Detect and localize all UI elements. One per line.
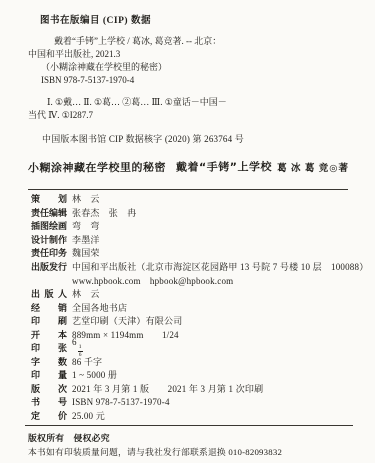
colophon-list: 策划林 云 责任编辑张春杰 张 冉 插图绘画弯 弯 设计制作李墨洋 责任印务魏国… (31, 192, 365, 422)
credit-row-sheets: 印张 616 (31, 341, 365, 355)
credit-row-planner: 策划林 云 (31, 192, 365, 206)
credit-row-distribution: 经销全国各地书店 (31, 300, 365, 314)
credit-row-print-supervisor: 责任印务魏国荣 (31, 246, 365, 260)
cip-entry-line: 戴着“手铐”上学校 / 葛冰, 葛竞著. -- 北京： (28, 35, 338, 48)
cip-entry-block: 戴着“手铐”上学校 / 葛冰, 葛竞著. -- 北京： 中国和平出版社, 202… (28, 35, 338, 87)
book-copyright-page: { "cip": { "header": "图书在版编目 (CIP) 数据", … (0, 0, 375, 463)
credit-row-designer: 设计制作李墨洋 (31, 233, 365, 247)
book-title: 戴着“手铐”上学校 (176, 160, 272, 174)
credit-row-printrun: 印量1 ~ 5000 册 (31, 368, 365, 382)
cip-classification-block: Ⅰ. ①戴… Ⅱ. ①葛… ②葛… Ⅲ. ①童话－中国－ 当代 Ⅳ. ①I287… (28, 96, 338, 122)
quality-notice: 本书如有印装质量问题，请与我社发行部联系退换 010-82093832 (28, 445, 282, 458)
credit-row-publisher-person: 出版人林 云 (31, 287, 365, 301)
credit-row-wordcount: 字数86 千字 (31, 355, 365, 369)
cip-header: 图书在版编目 (CIP) 数据 (40, 12, 151, 26)
credit-row-printer: 印刷艺堂印刷（天津）有限公司 (31, 314, 365, 328)
cip-class-line: 当代 Ⅳ. ①I287.7 (28, 109, 338, 122)
credit-row-publisher-address: 出版发行中国和平出版社（北京市海淀区花园路甲 13 号院 7 号楼 10 层 1… (31, 260, 365, 274)
cip-series-line: （小糊涂神藏在学校里的秘密） (28, 61, 338, 74)
credit-row-price: 定价25.00 元 (31, 409, 365, 423)
cip-class-line: Ⅰ. ①戴… Ⅱ. ①葛… ②葛… Ⅲ. ①童话－中国－ (28, 96, 338, 109)
credit-row-editor: 责任编辑张春杰 张 冉 (31, 206, 365, 220)
series-title: 小糊涂神藏在学校里的秘密 (28, 161, 166, 175)
credit-row-illustrator: 插图绘画弯 弯 (31, 219, 365, 233)
series-and-book-title: 小糊涂神藏在学校里的秘密戴着“手铐”上学校 (28, 158, 272, 175)
cip-record-number: 中国版本图书馆 CIP 数据核字 (2020) 第 263764 号 (42, 132, 244, 145)
divider-bottom (25, 425, 353, 426)
divider-top (28, 189, 348, 190)
cip-isbn-line: ISBN 978-7-5137-1970-4 (28, 74, 338, 87)
credit-row-isbn: 书号ISBN 978-7-5137-1970-4 (31, 395, 365, 409)
cip-entry-line: 中国和平出版社, 2021.3 (28, 48, 338, 61)
title-row: 小糊涂神藏在学校里的秘密戴着“手铐”上学校 葛 冰 葛 竞◎著 (28, 159, 349, 175)
authors: 葛 冰 葛 竞◎著 (277, 160, 349, 174)
credit-row-website-email: www.hpbook.com hpbook@hpbook.com (31, 273, 365, 287)
credit-row-edition: 版次2021 年 3 月第 1 版 2021 年 3 月第 1 次印刷 (31, 382, 365, 396)
copyright-notice: 版权所有 侵权必究 (28, 431, 110, 444)
